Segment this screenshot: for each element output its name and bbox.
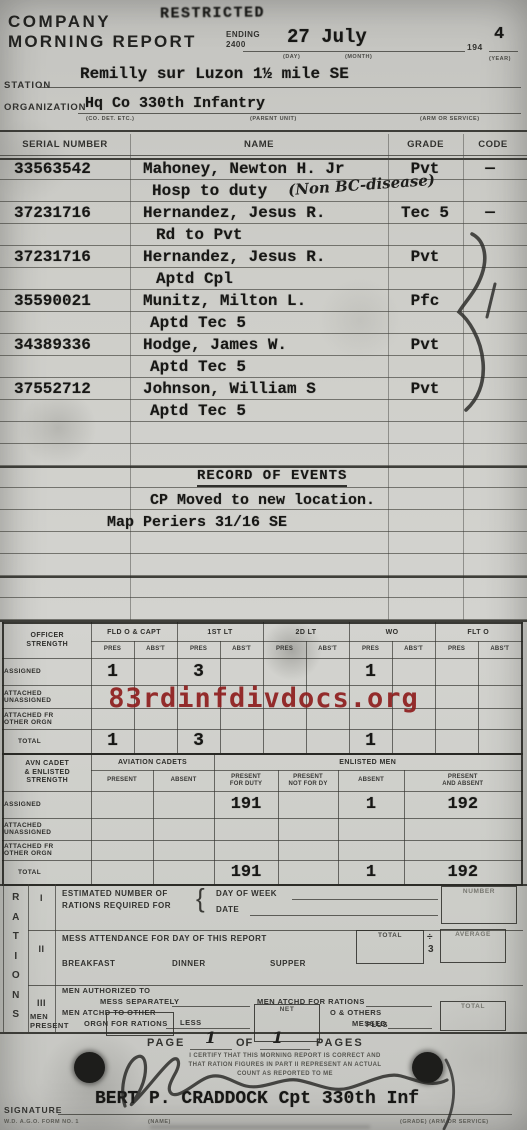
officer-assigned-value (392, 658, 435, 685)
roster-grade: Pvt (390, 248, 460, 266)
messed-line (388, 1028, 432, 1029)
signature-line (58, 1114, 512, 1115)
roster-action: Hosp to duty (152, 182, 267, 200)
date-line (243, 51, 465, 52)
o-and-others-label: O & OTHERS (330, 1008, 382, 1017)
officer-assigned-value (263, 658, 306, 685)
enlisted-assigned-value (278, 791, 338, 818)
officer-total-value: 1 (349, 729, 392, 754)
empty-cell (214, 840, 278, 860)
roster-action: Aptd Tec 5 (150, 358, 246, 376)
roster-grade: Pfc (390, 292, 460, 310)
sub-pres: PRES (349, 641, 392, 658)
roster-name: Hernandez, Jesus R. (143, 248, 325, 266)
average-box: AVERAGE (440, 929, 506, 963)
enlisted-total-value: 191 (214, 860, 278, 885)
roster-code: — (468, 203, 512, 221)
events-heavy-line (0, 576, 527, 578)
officer-total-value (263, 729, 306, 754)
events-line-2: Map Periers 31/16 SE (107, 514, 287, 531)
empty-cell (278, 818, 338, 840)
enlisted-row-att-unassigned: ATTACHED UNASSIGNED (3, 818, 91, 840)
sub-absent: ABSENT (153, 770, 214, 791)
form-id-label: W.D. A.G.O. FORM NO. 1 (4, 1119, 79, 1125)
signature-typed-name: BERT P. CRADDOCK Cpt 330th Inf (95, 1089, 419, 1109)
sub-absent-2: ABSENT (338, 770, 404, 791)
rations-numeral-1: I (28, 893, 55, 903)
mess-total-box: TOTAL (356, 930, 424, 964)
roster-name: Hodge, James W. (143, 336, 287, 354)
sub-pres: PRES (91, 641, 134, 658)
year-line (489, 51, 518, 52)
sub-present-and-absent: PRESENT AND ABSENT (404, 770, 522, 791)
organization-entry: Hq Co 330th Infantry (85, 95, 265, 112)
mess-attendance-label: MESS ATTENDANCE FOR DAY OF THIS REPORT (62, 934, 267, 943)
roster-serial: 33563542 (14, 160, 91, 178)
officer-total-value (392, 729, 435, 754)
enlisted-total-value: 192 (404, 860, 522, 885)
roster-serial: 37231716 (14, 204, 91, 222)
org-sublabel-parent: (PARENT UNIT) (250, 116, 297, 122)
officer-assigned-value (435, 658, 478, 685)
date-label: DATE (216, 905, 239, 914)
enlisted-row-total: TOTAL (3, 860, 91, 885)
roster-grade: Tec 5 (390, 204, 460, 222)
ending-time: 2400 (226, 40, 246, 49)
year-prefix: 194 (467, 42, 483, 52)
org-sublabel-arm: (ARM OR SERVICE) (420, 116, 480, 122)
date-entry: 27 July (287, 26, 367, 48)
empty-cell (338, 840, 404, 860)
empty-cell (214, 818, 278, 840)
roster-serial: 34389336 (14, 336, 91, 354)
empty-cell (278, 840, 338, 860)
pages-number-line (260, 1049, 310, 1050)
empty-cell (338, 818, 404, 840)
rations-total-box: TOTAL (440, 1001, 506, 1031)
enlisted-assigned-value (153, 791, 214, 818)
empty-cell (91, 818, 153, 840)
empty-cell (404, 840, 522, 860)
col-header-grade: GRADE (388, 139, 463, 150)
number-box-label: NUMBER (442, 888, 516, 895)
plus-label: PLUS (366, 1020, 388, 1029)
day-of-week-label: DAY OF WEEK (216, 889, 277, 898)
empty-cell (404, 818, 522, 840)
rations-letter-divider (28, 884, 29, 1032)
officer-assigned-value (220, 658, 263, 685)
organization-label: ORGANIZATION (4, 102, 86, 113)
roster-action: Aptd Tec 5 (150, 402, 246, 420)
officer-group-wo: WO (349, 623, 435, 641)
watermark-text: 83rdinfdivdocs.org (0, 683, 527, 714)
pages-number-entry: 1 (272, 1028, 283, 1047)
enlisted-strength-corner: AVN CADET & ENLISTED STRENGTH (3, 754, 91, 791)
roster-action: Aptd Tec 5 (150, 314, 246, 332)
roster-serial: 37552712 (14, 380, 91, 398)
officer-total-value (306, 729, 349, 754)
officer-total-value (134, 729, 177, 754)
enlisted-row-att-other: ATTACHED FR OTHER ORGN (3, 840, 91, 860)
grade-arm-sublabel: (GRADE) (ARM OR SERVICE) (400, 1119, 489, 1125)
roster-name: Hernandez, Jesus R. (143, 204, 325, 222)
events-ruled-lines (0, 466, 527, 622)
pages-label: PAGES (316, 1037, 364, 1049)
mess-separately-label: MESS SEPARATELY (100, 997, 179, 1006)
enlisted-assigned-value: 191 (214, 791, 278, 818)
average-box-label: AVERAGE (441, 931, 505, 938)
roster-name: Johnson, William S (143, 380, 316, 398)
roster-action: Rd to Pvt (156, 226, 242, 244)
sub-abst: ABS'T (220, 641, 263, 658)
officer-assigned-value (134, 658, 177, 685)
supper-label: SUPPER (270, 959, 306, 968)
enlisted-strength-table: AVN CADET & ENLISTED STRENGTH AVIATION C… (2, 753, 523, 886)
men-atchd-line (366, 1006, 432, 1007)
sub-present-not-for-duty: PRESENT NOT FOR DY (278, 770, 338, 791)
officer-strength-corner: OFFICER STRENGTH (3, 623, 91, 658)
ending-label: ENDING (226, 30, 260, 39)
of-label: OF (236, 1037, 253, 1049)
men-present-label: MEN PRESENT (30, 1012, 69, 1030)
certify-line-2: THAT RATION FIGURES IN PART II REPRESENT… (120, 1062, 450, 1068)
station-entry: Remilly sur Luzon 1½ mile SE (80, 65, 349, 83)
officer-total-value (435, 729, 478, 754)
org-sublabel-co: (CO. DET. ETC.) (86, 116, 134, 122)
station-line (40, 87, 521, 88)
officer-assigned-value (478, 658, 522, 685)
breakfast-label: BREAKFAST (62, 959, 115, 968)
officer-group-fldo: FLD O & CAPT (91, 623, 177, 641)
roster-grade: Pvt (390, 336, 460, 354)
rations-total-box-label: TOTAL (441, 1003, 505, 1010)
officer-assigned-value: 1 (91, 658, 134, 685)
divide-sign: ÷ (427, 932, 433, 943)
sub-present-for-duty: PRESENT FOR DUTY (214, 770, 278, 791)
empty-cell (153, 840, 214, 860)
divide-by-three: 3 (428, 944, 434, 955)
officer-row-assigned: ASSIGNED (3, 658, 91, 685)
brace-glyph: { (196, 883, 205, 914)
dinner-label: DINNER (172, 959, 206, 968)
roster-action: Aptd Cpl (156, 270, 233, 288)
net-box-label: NET (255, 1006, 319, 1013)
number-box: NUMBER (441, 886, 517, 924)
col-header-name: NAME (130, 139, 388, 150)
page-label: PAGE (147, 1037, 185, 1049)
enlisted-total-value: 1 (338, 860, 404, 885)
col-header-code: CODE (463, 139, 523, 150)
day-sublabel: (DAY) (283, 54, 300, 60)
certify-line-3: COUNT AS REPORTED TO ME (120, 1071, 450, 1077)
sub-present: PRESENT (91, 770, 153, 791)
sub-pres: PRES (177, 641, 220, 658)
rations-numeral-3: III (28, 998, 55, 1008)
sub-pres: PRES (435, 641, 478, 658)
rations-numeral-divider (55, 884, 56, 1032)
year-digit-entry: 4 (494, 25, 504, 44)
header-underline-1 (0, 155, 527, 156)
sub-abst: ABS'T (134, 641, 177, 658)
page-number-line (190, 1049, 232, 1050)
sub-abst: ABS'T (478, 641, 522, 658)
roster-code: — (468, 159, 512, 177)
date-fill-line (250, 915, 438, 916)
mess-total-box-label: TOTAL (357, 932, 423, 939)
morning-report-scan: COMPANY MORNING REPORT RESTRICTED ENDING… (0, 0, 527, 1130)
sub-abst: ABS'T (306, 641, 349, 658)
rations-vertical-label: R A T I O N S (4, 888, 28, 1025)
roster-name: Munitz, Milton L. (143, 292, 306, 310)
restricted-stamp: RESTRICTED (160, 4, 265, 22)
faint-print-line (150, 1125, 370, 1129)
form-title-line2: MORNING REPORT (8, 32, 197, 52)
rations-estimated-label-1: ESTIMATED NUMBER OF (62, 889, 168, 898)
day-of-week-line (292, 899, 438, 900)
officer-group-2dlt: 2D LT (263, 623, 349, 641)
form-title-line1: COMPANY (8, 12, 111, 32)
officer-assigned-value (306, 658, 349, 685)
events-line-1: CP Moved to new location. (150, 492, 375, 509)
officer-total-value: 1 (91, 729, 134, 754)
certify-line-1: I CERTIFY THAT THIS MORNING REPORT IS CO… (120, 1053, 450, 1059)
page-number-entry: 1 (205, 1028, 216, 1047)
officer-assigned-value: 3 (177, 658, 220, 685)
group-aviation-cadets: AVIATION CADETS (91, 754, 214, 770)
col-header-serial: SERIAL NUMBER (0, 139, 130, 150)
roster-serial: 35590021 (14, 292, 91, 310)
group-enlisted-men: ENLISTED MEN (214, 754, 522, 770)
officer-total-value (220, 729, 263, 754)
roster-top-line (0, 130, 527, 132)
enlisted-assigned-value: 192 (404, 791, 522, 818)
officer-group-1stlt: 1ST LT (177, 623, 263, 641)
enlisted-assigned-value: 1 (338, 791, 404, 818)
men-authorized-label: MEN AUTHORIZED TO (62, 986, 151, 995)
month-sublabel: (MONTH) (345, 54, 372, 60)
organization-line (78, 113, 521, 114)
officer-total-value: 3 (177, 729, 220, 754)
officer-group-flto: FLT O (435, 623, 522, 641)
enlisted-total-value (278, 860, 338, 885)
rations-bottom-line (0, 1032, 527, 1034)
enlisted-row-assigned: ASSIGNED (3, 791, 91, 818)
sub-abst: ABS'T (392, 641, 435, 658)
less-label: LESS (180, 1018, 202, 1027)
net-box: NET (254, 1004, 320, 1042)
officer-assigned-value: 1 (349, 658, 392, 685)
enlisted-total-value (153, 860, 214, 885)
empty-cell (91, 840, 153, 860)
enlisted-total-value (91, 860, 153, 885)
sub-pres: PRES (263, 641, 306, 658)
punch-hole-right (412, 1052, 443, 1083)
station-label: STATION (4, 80, 51, 91)
mess-separately-line (172, 1006, 250, 1007)
roster-serial: 37231716 (14, 248, 91, 266)
officer-row-total: TOTAL (3, 729, 91, 754)
enlisted-assigned-value (91, 791, 153, 818)
punch-hole-left (74, 1052, 105, 1083)
rations-numeral-2: II (28, 944, 55, 954)
empty-cell (153, 818, 214, 840)
events-title: RECORD OF EVENTS (197, 468, 347, 487)
year-sublabel: (YEAR) (489, 56, 511, 62)
roster-grade: Pvt (390, 380, 460, 398)
signature-label: SIGNATURE (4, 1105, 62, 1115)
roster-name: Mahoney, Newton H. Jr (143, 160, 345, 178)
rations-estimated-label-2: RATIONS REQUIRED FOR (62, 901, 171, 910)
officer-total-value (478, 729, 522, 754)
